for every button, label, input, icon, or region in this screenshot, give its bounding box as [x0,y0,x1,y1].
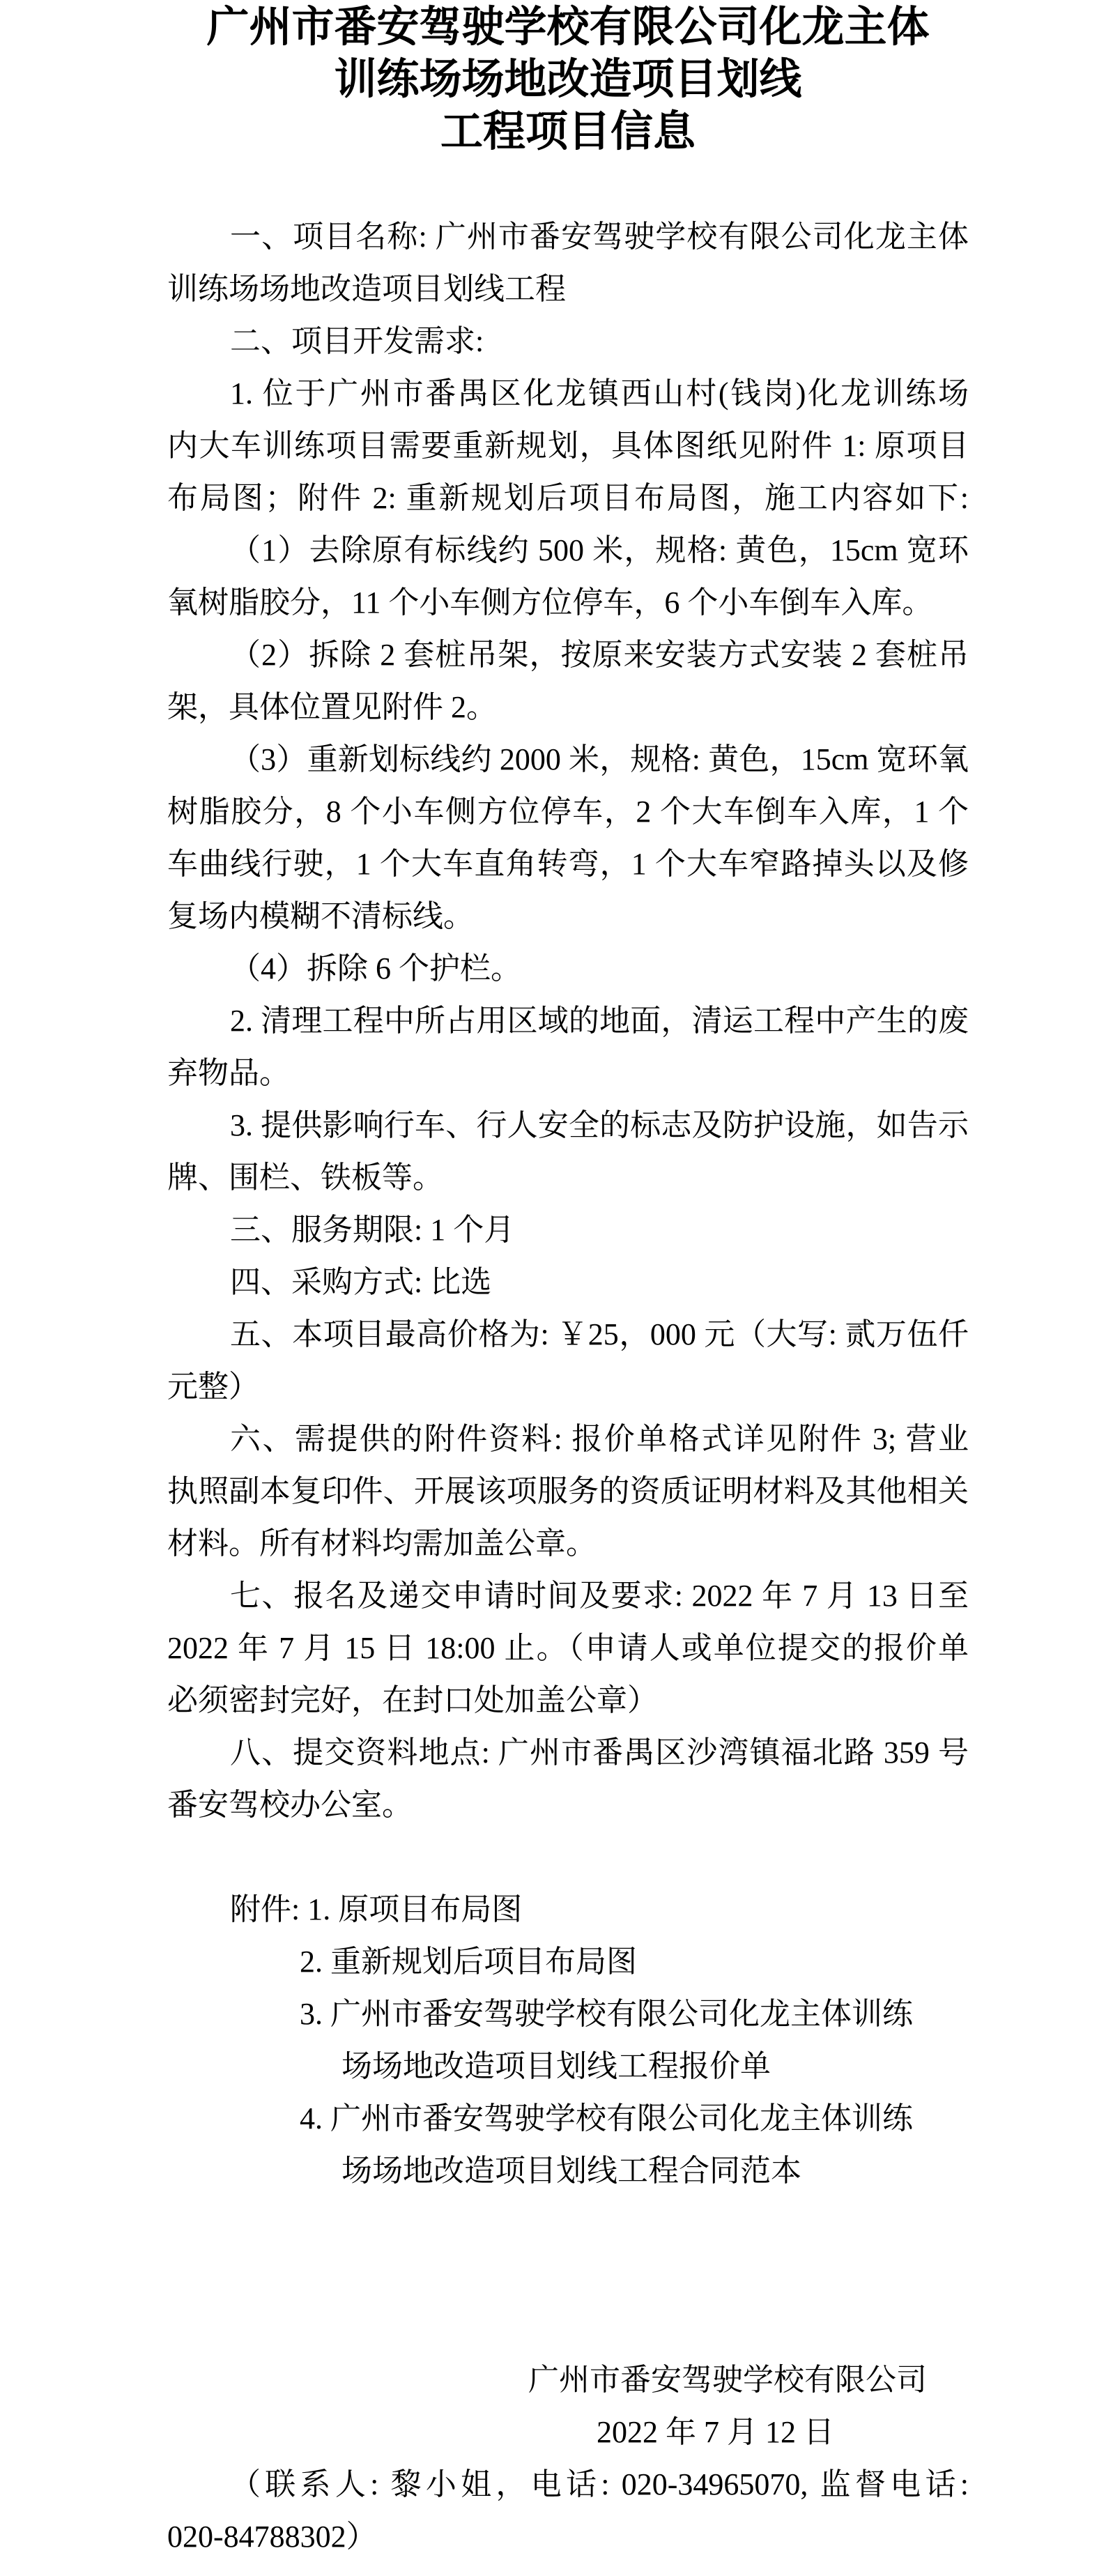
paragraph-line: 车曲线行驶，1 个大车直角转弯，1 个大车窄路掉头以及修 [167,838,969,890]
paragraph-line: 架，具体位置见附件 2。 [167,681,969,733]
paragraph-line: 八、提交资料地点: 广州市番禺区沙湾镇福北路 359 号 [167,1726,969,1779]
paragraph-line: 氧树脂胶分，11 个小车侧方位停车，6 个小车倒车入库。 [167,576,969,629]
paragraph-line: 一、项目名称: 广州市番安驾驶学校有限公司化龙主体 [167,210,969,263]
paragraph-line: 2022 年 7 月 15 日 18:00 止。（申请人或单位提交的报价单 [167,1622,969,1674]
attachment-line: 场场地改造项目划线工程合同范本 [167,2145,969,2197]
signature-date-line: 2022 年 7 月 12 日 [167,2406,969,2458]
blank-line [167,158,969,210]
paragraph-line: 执照副本复印件、开展该项服务的资质证明材料及其他相关 [167,1465,969,1517]
attachment-line: 4. 广州市番安驾驶学校有限公司化龙主体训练 [167,2092,969,2145]
attachment-line: 3. 广州市番安驾驶学校有限公司化龙主体训练 [167,1988,969,2040]
document-page: 广州市番安驾驶学校有限公司化龙主体 训练场场地改造项目划线 工程项目信息 一、项… [0,0,1106,2576]
blank-line [167,2249,969,2301]
paragraph-line: （1）去除原有标线约 500 米，规格: 黄色，15cm 宽环 [167,524,969,576]
paragraph-line: 弃物品。 [167,1047,969,1099]
paragraph-line: 内大车训练项目需要重新规划，具体图纸见附件 1: 原项目 [167,420,969,472]
title-line: 工程项目信息 [167,106,969,158]
paragraph-line: 番安驾校办公室。 [167,1779,969,1831]
paragraph-line: 布局图；附件 2: 重新规划后项目布局图，施工内容如下: [167,472,969,524]
paragraph-line: （4）拆除 6 个护栏。 [167,942,969,995]
paragraph-line: 1. 位于广州市番禺区化龙镇西山村(钱岗)化龙训练场 [167,367,969,420]
contact-line: 020-84788302） [167,2510,969,2563]
paragraph-line: 材料。所有材料均需加盖公章。 [167,1517,969,1570]
content-lines: 一、项目名称: 广州市番安驾驶学校有限公司化龙主体训练场场地改造项目划线工程二、… [167,210,969,2563]
contact-line: （联系人: 黎小姐，电话: 020-34965070, 监督电话: [167,2458,969,2510]
attachment-line: 场场地改造项目划线工程报价单 [167,2040,969,2092]
title-line: 训练场场地改造项目划线 [167,54,969,106]
paragraph-line: 牌、围栏、铁板等。 [167,1151,969,1204]
attachment-line: 2. 重新规划后项目布局图 [167,1935,969,1988]
blank-line [167,2197,969,2249]
signature-company-line: 广州市番安驾驶学校有限公司 [167,2354,969,2406]
paragraph-line: 三、服务期限: 1 个月 [167,1204,969,1256]
paragraph-line: 四、采购方式: 比选 [167,1256,969,1308]
paragraph-line: 2. 清理工程中所占用区域的地面，清运工程中产生的废 [167,995,969,1047]
paragraph-line: 二、项目开发需求: [167,315,969,367]
paragraph-line: 七、报名及递交申请时间及要求: 2022 年 7 月 13 日至 [167,1570,969,1622]
document-title: 广州市番安驾驶学校有限公司化龙主体 训练场场地改造项目划线 工程项目信息 [167,1,969,158]
paragraph-line: 树脂胶分，8 个小车侧方位停车，2 个大车倒车入库，1 个大 [167,785,969,838]
paragraph-line: （2）拆除 2 套桩吊架，按原来安装方式安装 2 套桩吊 [167,629,969,681]
paragraph-line: 3. 提供影响行车、行人安全的标志及防护设施，如告示 [167,1099,969,1151]
paragraph-line: 元整） [167,1360,969,1413]
paragraph-line: （3）重新划标线约 2000 米，规格: 黄色，15cm 宽环氧 [167,733,969,785]
paragraph-line: 五、本项目最高价格为: ￥25，000 元（大写: 贰万伍仟 [167,1308,969,1360]
paragraph-line: 六、需提供的附件资料: 报价单格式详见附件 3; 营业 [167,1413,969,1465]
paragraph-line: 必须密封完好，在封口处加盖公章） [167,1674,969,1726]
blank-line [167,1831,969,1883]
attachment-line: 附件: 1. 原项目布局图 [167,1883,969,1935]
blank-line [167,2301,969,2354]
paragraph-line: 复场内模糊不清标线。 [167,890,969,942]
title-line: 广州市番安驾驶学校有限公司化龙主体 [167,1,969,54]
paragraph-line: 训练场场地改造项目划线工程 [167,263,969,315]
